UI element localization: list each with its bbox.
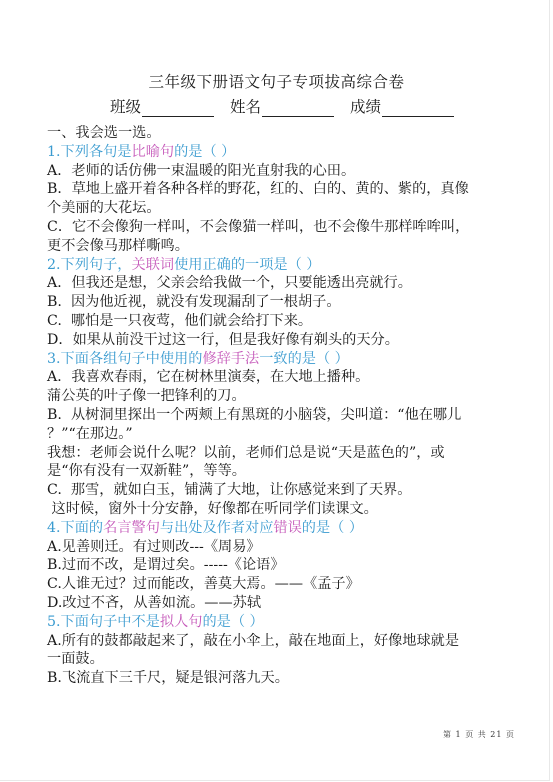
question-4: 4.下面的名言警句与出处及作者对应错误的是（ ）A.见善则迁。有过则改---《周… — [47, 519, 507, 613]
question-prompt: 2.下列句子，关联词使用正确的一项是（ ） — [47, 256, 507, 275]
class-label: 班级 — [110, 95, 141, 117]
name-label: 姓名 — [230, 95, 261, 117]
name-field[interactable]: 姓名 — [230, 95, 334, 117]
option-line: C．它不会像狗一样叫，不会像猫一样叫，也不会像牛那样哞哞叫， — [47, 218, 507, 237]
prompt-text[interactable]: 的是（ ） — [202, 614, 263, 630]
keyword-highlight: 名言警句 — [103, 520, 160, 536]
option-line: A.见善则迁。有过则改---《周易》 — [47, 538, 507, 557]
answer-option: B．草地上盛开着各种各样的野花，红的、白的、黄的、紫的，真像个美丽的大花坛。 — [47, 180, 507, 218]
answer-option: B.过而不改，是谓过矣。-----《论语》 — [47, 556, 507, 575]
option-line: D．如果从前没干过这一行，但是我好像有剃头的天分。 — [47, 331, 507, 350]
answer-option: A．老师的话仿佛一束温暖的阳光直射我的心田。 — [47, 162, 507, 181]
question-number: 3. — [47, 351, 61, 367]
question-number: 2. — [47, 257, 61, 273]
question-3: 3.下面各组句子中使用的修辞手法一致的是（ ）A．我喜欢春雨，它在树林里演奏，在… — [47, 350, 507, 519]
prompt-text[interactable]: 的是（ ） — [302, 520, 363, 536]
question-list: 1.下列各句是比喻句的是（ ）A．老师的话仿佛一束温暖的阳光直射我的心田。B．草… — [47, 143, 507, 688]
question-2: 2.下列句子，关联词使用正确的一项是（ ）A．但我还是想，父亲会给我做一个，只要… — [47, 256, 507, 350]
option-line: B. 从树洞里探出一个两颊上有黑斑的小脑袋，尖叫道：“他在哪儿 — [47, 406, 507, 425]
question-number: 1. — [47, 144, 61, 160]
student-info-row: 班级 姓名 成绩 — [110, 95, 470, 117]
prompt-text: 下面句子中不是 — [61, 614, 160, 630]
option-line: C.人谁无过？过而能改，善莫大焉。——《孟子》 — [47, 575, 507, 594]
option-line: B．草地上盛开着各种各样的野花，红的、白的、黄的、紫的，真像 — [47, 180, 507, 199]
prompt-text: 与出处及作者对应 — [160, 520, 274, 536]
option-line: 个美丽的大花坛。 — [47, 199, 507, 218]
question-prompt: 4.下面的名言警句与出处及作者对应错误的是（ ） — [47, 519, 507, 538]
question-prompt: 1.下列各句是比喻句的是（ ） — [47, 143, 507, 162]
answer-option: A.所有的鼓都敲起来了，敲在小伞上，敲在地面上，好像地球就是一面鼓。 — [47, 632, 507, 670]
score-blank-line[interactable] — [382, 100, 454, 117]
question-prompt: 3.下面各组句子中使用的修辞手法一致的是（ ） — [47, 350, 507, 369]
option-line: C. 哪怕是一只夜莺，他们就会给打下来。 — [47, 312, 507, 331]
document-page: 三年级下册语文句子专项拔高综合卷 班级 姓名 成绩 一、我会选一选。 1.下列各… — [0, 0, 550, 781]
question-content: 一、我会选一选。 1.下列各句是比喻句的是（ ）A．老师的话仿佛一束温暖的阳光直… — [47, 124, 507, 688]
page-indicator: 第 1 页 共 21 页 — [443, 729, 515, 740]
prompt-text[interactable]: 一致的是（ ） — [259, 351, 349, 367]
option-line: ？”“在那边。” — [47, 425, 507, 444]
option-line: A．我喜欢春雨，它在树林里演奏，在大地上播种。 — [47, 368, 507, 387]
prompt-text[interactable]: 的是（ ） — [174, 144, 235, 160]
answer-option: B. 因为他近视，就没有发现漏刮了一根胡子。 — [47, 293, 507, 312]
option-line: D.改过不吝，从善如流。——苏轼 — [47, 594, 507, 613]
option-line: B. 因为他近视，就没有发现漏刮了一根胡子。 — [47, 293, 507, 312]
score-field[interactable]: 成绩 — [350, 95, 454, 117]
answer-option: C. 那雪，就如白玉，铺满了大地，让你感觉来到了天界。 这时候，窗外十分安静，好… — [47, 481, 507, 519]
option-line: 更不会像马那样嘶鸣。 — [47, 237, 507, 256]
question-number: 5. — [47, 614, 61, 630]
answer-option: A.见善则迁。有过则改---《周易》 — [47, 538, 507, 557]
answer-option: C.人谁无过？过而能改，善莫大焉。——《孟子》 — [47, 575, 507, 594]
keyword-highlight: 关联词 — [132, 257, 175, 273]
prompt-text: 下面的 — [61, 520, 104, 536]
option-line: B.过而不改，是谓过矣。-----《论语》 — [47, 556, 507, 575]
question-number: 4. — [47, 520, 61, 536]
answer-option: C. 哪怕是一只夜莺，他们就会给打下来。 — [47, 312, 507, 331]
keyword-highlight: 错误 — [273, 520, 301, 536]
option-line: 我想：老师会说什么呢？以前，老师们总是说“天是蓝色的”，或 — [47, 444, 507, 463]
prompt-text: 下列各句是 — [61, 144, 132, 160]
keyword-highlight: 比喻句 — [132, 144, 175, 160]
question-1: 1.下列各句是比喻句的是（ ）A．老师的话仿佛一束温暖的阳光直射我的心田。B．草… — [47, 143, 507, 256]
prompt-text: 下面各组句子中使用的 — [61, 351, 203, 367]
option-line: C. 那雪，就如白玉，铺满了大地，让你感觉来到了天界。 — [47, 481, 507, 500]
answer-option: A．但我还是想，父亲会给我做一个，只要能透出亮就行。 — [47, 274, 507, 293]
answer-option: B.飞流直下三千尺，疑是银河落九天。 — [47, 669, 507, 688]
answer-option: B. 从树洞里探出一个两颊上有黑斑的小脑袋，尖叫道：“他在哪儿？”“在那边。”我… — [47, 406, 507, 481]
option-line: 蒲公英的叶子像一把锋利的刀。 — [47, 387, 507, 406]
score-label: 成绩 — [350, 95, 381, 117]
option-line: A．老师的话仿佛一束温暖的阳光直射我的心田。 — [47, 162, 507, 181]
keyword-highlight: 拟人句 — [160, 614, 203, 630]
option-line: 是“你有没有一双新鞋”，等等。 — [47, 462, 507, 481]
question-5: 5.下面句子中不是拟人句的是（ ）A.所有的鼓都敲起来了，敲在小伞上，敲在地面上… — [47, 613, 507, 688]
prompt-text[interactable]: 使用正确的一项是（ ） — [174, 257, 320, 273]
answer-option: D.改过不吝，从善如流。——苏轼 — [47, 594, 507, 613]
option-line: A.所有的鼓都敲起来了，敲在小伞上，敲在地面上，好像地球就是 — [47, 632, 507, 651]
name-blank-line[interactable] — [262, 100, 334, 117]
keyword-highlight: 修辞手法 — [202, 351, 259, 367]
document-title: 三年级下册语文句子专项拔高综合卷 — [0, 70, 553, 92]
option-line: B.飞流直下三千尺，疑是银河落九天。 — [47, 669, 507, 688]
section-heading: 一、我会选一选。 — [47, 124, 507, 143]
option-line: 一面鼓。 — [47, 650, 507, 669]
prompt-text: 下列句子， — [61, 257, 132, 273]
question-prompt: 5.下面句子中不是拟人句的是（ ） — [47, 613, 507, 632]
option-line: 这时候，窗外十分安静，好像都在听同学们读课文。 — [47, 500, 507, 519]
answer-option: A．我喜欢春雨，它在树林里演奏，在大地上播种。蒲公英的叶子像一把锋利的刀。 — [47, 368, 507, 406]
answer-option: D．如果从前没干过这一行，但是我好像有剃头的天分。 — [47, 331, 507, 350]
class-field[interactable]: 班级 — [110, 95, 214, 117]
class-blank-line[interactable] — [142, 100, 214, 117]
answer-option: C．它不会像狗一样叫，不会像猫一样叫，也不会像牛那样哞哞叫，更不会像马那样嘶鸣。 — [47, 218, 507, 256]
option-line: A．但我还是想，父亲会给我做一个，只要能透出亮就行。 — [47, 274, 507, 293]
